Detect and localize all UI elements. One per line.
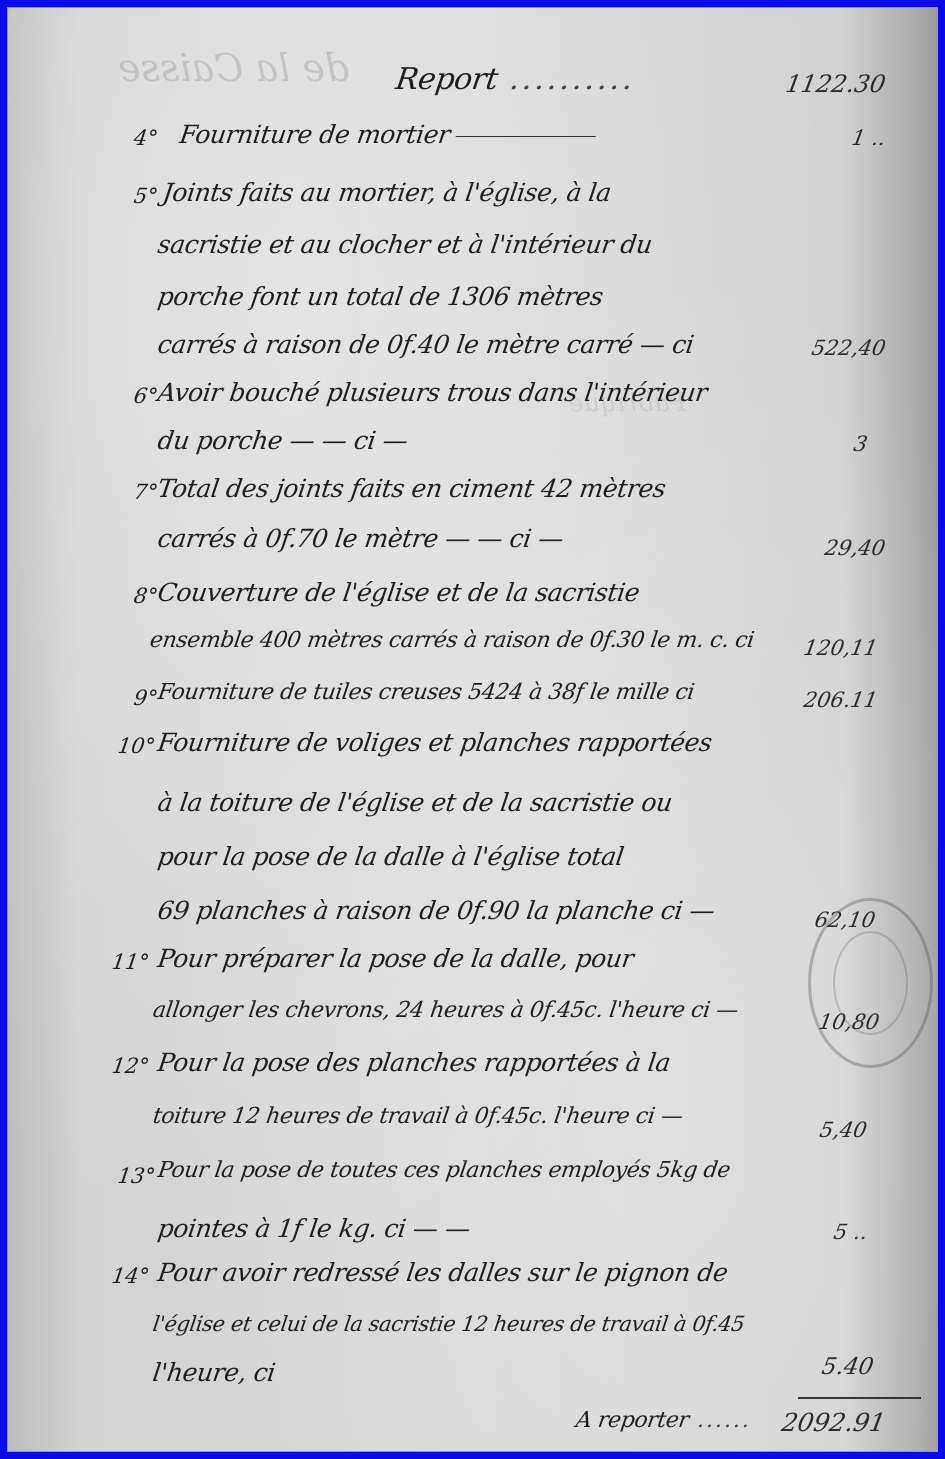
item-amount: 522,40 (809, 336, 887, 360)
item-line: sacristie et au clocher et à l'intérieur… (156, 230, 654, 259)
item-line: Fourniture de voliges et planches rappor… (156, 728, 714, 757)
item-line: carrés à 0f.70 le mètre — — ci — (156, 524, 565, 553)
footer-label: A reporter ...... (574, 1408, 753, 1433)
item-line: du porche — — ci — (156, 426, 410, 455)
item-line: Pour la pose de toutes ces planches empl… (156, 1158, 732, 1183)
item-line: 69 planches à raison de 0f.90 la planche… (156, 896, 717, 925)
item-line: Pour avoir redressé les dalles sur le pi… (156, 1258, 730, 1287)
item-line: toiture 12 heures de travail à 0f.45c. l… (151, 1104, 684, 1129)
document-frame: de la Caisse Fabrique Report .......... … (7, 7, 938, 1452)
item-line: pour la pose de la dalle à l'église tota… (156, 842, 626, 871)
official-stamp (808, 898, 933, 1068)
item-amount: 5 .. (831, 1220, 869, 1244)
item-line: Fourniture de tuiles creuses 5424 à 38f … (156, 680, 696, 705)
item-line: Joints faits au mortier, à l'église, à l… (161, 178, 613, 207)
item-line: l'heure, ci (151, 1358, 277, 1387)
item-line: Pour préparer la pose de la dalle, pour (156, 944, 635, 973)
item-line: carrés à raison de 0f.40 le mètre carré … (156, 330, 696, 359)
item-line: porche font un total de 1306 mètres (156, 282, 605, 311)
bleed-through-text: de la Caisse (118, 46, 349, 90)
item-amount: 5,40 (818, 1118, 869, 1142)
header-report-amount: 1122.30 (783, 70, 887, 98)
item-amount: 10,80 (817, 1010, 881, 1034)
item-number: 14° (110, 1264, 151, 1288)
item-number: 11° (110, 950, 151, 974)
total-rule (798, 1397, 921, 1399)
item-amount: 206.11 (801, 688, 879, 712)
paper-sheet: de la Caisse Fabrique Report .......... … (8, 8, 937, 1451)
item-number: 5° (132, 184, 159, 208)
item-line: Fourniture de mortier (178, 120, 604, 149)
item-number: 12° (110, 1054, 151, 1078)
item-line: Avoir bouché plusieurs trous dans l'inté… (156, 378, 709, 407)
item-number: 13° (116, 1164, 157, 1188)
item-amount: 29,40 (823, 536, 887, 560)
item-number: 10° (116, 734, 157, 758)
item-number: 4° (132, 126, 159, 150)
item-line: ensemble 400 mètres carrés à raison de 0… (148, 628, 755, 653)
item-number: 9° (132, 686, 159, 710)
item-line: allonger les chevrons, 24 heures à 0f.45… (151, 998, 739, 1023)
item-line: pointes à 1f le kg. ci — — (156, 1214, 472, 1243)
footer-amount: 2092.91 (779, 1408, 888, 1437)
item-line: l'église et celui de la sacristie 12 heu… (151, 1312, 746, 1336)
item-line: Pour la pose des planches rapportées à l… (156, 1048, 672, 1077)
item-line: à la toiture de l'église et de la sacris… (156, 788, 674, 817)
header-report-label: Report .......... (394, 62, 638, 97)
item-amount: 120,11 (801, 636, 879, 660)
item-amount: 3 (852, 432, 870, 456)
item-amount: 5.40 (819, 1354, 875, 1380)
item-amount: 1 .. (849, 126, 887, 150)
item-line: Total des joints faits en ciment 42 mètr… (156, 474, 668, 503)
item-line: Couverture de l'église et de la sacristi… (156, 578, 641, 607)
